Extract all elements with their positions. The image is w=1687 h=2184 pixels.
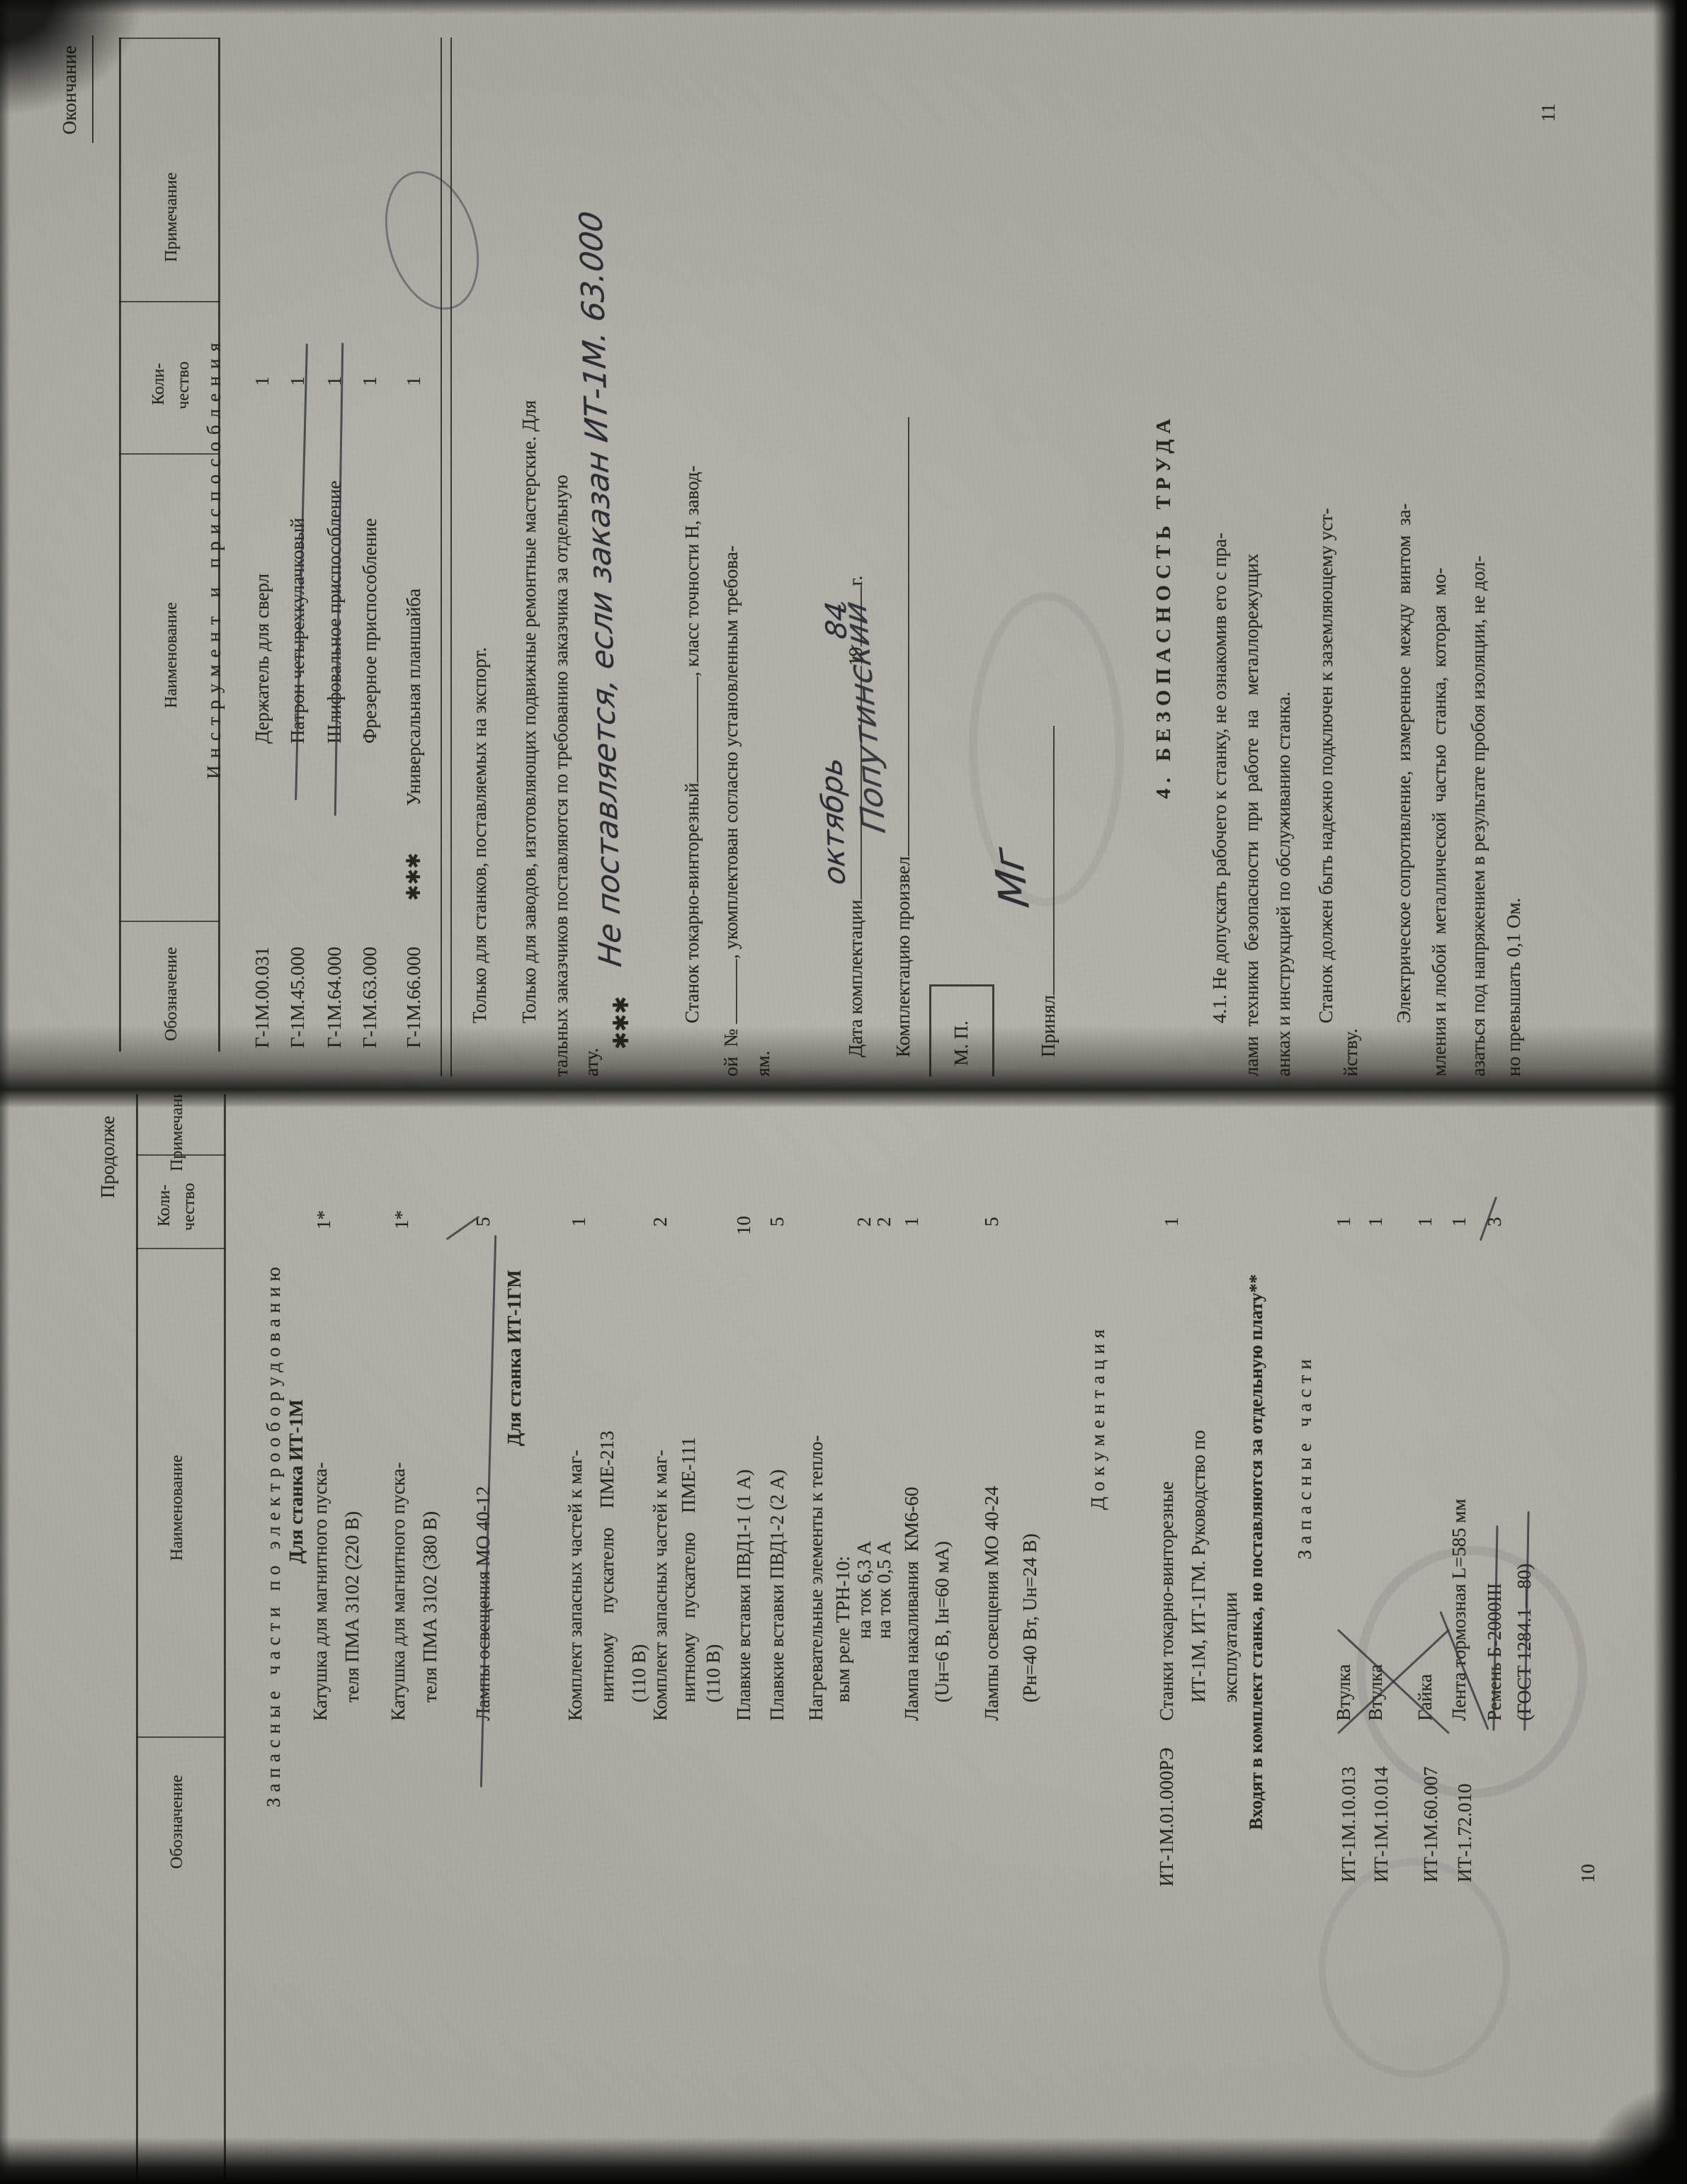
row-qty: 2 (854, 1217, 874, 1227)
stamp-place-label: М. П. (951, 1020, 971, 1066)
safety-paragraph: Электрическое сопротивление, измеренное … (1394, 504, 1414, 1023)
row-name: Фрезерное приспособление (360, 518, 380, 744)
row-name-line: Плавкие вставки ПВД1-1 (1 А) (734, 1469, 754, 1721)
row-designation: ИТ-1М.01.000РЭ (1157, 1748, 1176, 1887)
handwritten-month: октябрь (817, 756, 851, 887)
table-col-divider (136, 1248, 225, 1249)
row-name-line: ИТ-1М, ИТ-1ГМ. Руководство по (1188, 1430, 1208, 1702)
page-11: Окончание Обозначение Наименование Коли-… (0, 0, 1687, 1076)
signature-blank: Попутинский (894, 417, 909, 856)
col-header-designation: Обозначение (163, 947, 181, 1041)
row-qty: 10 (734, 1216, 754, 1235)
row-subitem: на ток 0,5 А (874, 1541, 894, 1639)
row-name: Втулка (1334, 1664, 1353, 1721)
table-end-label: Окончание (59, 45, 79, 135)
doc-heading: Документация (1088, 1324, 1108, 1510)
row-qty: 1 (360, 377, 380, 387)
col-header-qty1: Коли- (150, 363, 168, 405)
row-qty: 1 (569, 1217, 589, 1227)
table-header-rule (224, 1094, 226, 2184)
row-name-line: вым реле ТРН-10: (833, 1556, 853, 1702)
col-header-name: Наименование (163, 602, 181, 708)
row-qty: 1 (1449, 1217, 1469, 1227)
row-designation: Г-1М.64.000 (324, 947, 344, 1048)
col-header-qty2: чество (181, 1183, 198, 1231)
text: Станок токарно-винторезный (681, 783, 703, 1023)
row-qty: 1 (1365, 1217, 1385, 1227)
group-heading-it1m: Для станка ИТ-1М (286, 1399, 306, 1564)
spare-heading: Запасные части (1295, 1353, 1314, 1559)
note-line: ату. (581, 1048, 601, 1076)
table-bottom-rule (441, 38, 442, 1076)
safety-paragraph: но превышать 0,1 Ом. (1504, 898, 1523, 1076)
safety-paragraph: Станок должен быть надежно подключен к з… (1316, 508, 1336, 1023)
completed-by-label: Комплектацию произвел (892, 856, 914, 1057)
row-name-line: Станки токарно-винторезные (1157, 1481, 1176, 1721)
note-line: Только для станков, поставляемых на эксп… (470, 647, 489, 1023)
stamp-ghost-circle (1319, 1858, 1510, 2078)
row-name-line: эксплуатации (1220, 1592, 1240, 1702)
page-number: 10 (1578, 1864, 1598, 1883)
table-section-title: Инструмент и приспособления (204, 336, 224, 779)
table-top-rule (119, 38, 121, 1052)
col-header-qty1: Коли- (156, 1185, 174, 1227)
row-qty: 1 (252, 377, 272, 387)
col-header-name: Наименование (169, 1455, 186, 1561)
stamp-place-box: М. П. (929, 984, 994, 1076)
row-qty: 2 (650, 1217, 670, 1227)
completeness-line-1: Станок токарно-винторезный, класс точнос… (682, 465, 702, 1023)
row-qty: 1 (404, 377, 424, 387)
col-header-note: Примечание (163, 173, 181, 262)
table-col-divider (136, 1736, 225, 1738)
row-designation: ИТ-1М.60.007 (1421, 1767, 1441, 1883)
blank-field (722, 959, 737, 1024)
table-col-divider (119, 921, 220, 922)
col-header-designation: Обозначение (169, 1775, 186, 1869)
group-heading-it1gm: Для станка ИТ-1ГМ (504, 1270, 524, 1446)
row-qty: 5 (982, 1217, 1001, 1227)
handwritten-stars: ✱✱✱ (610, 996, 633, 1050)
accepted-line: ПринялМг (1018, 726, 1079, 1076)
row-name-line: (Pн=40 Вт, Uн=24 В) (1020, 1533, 1040, 1702)
signature-scribble: Мг (987, 845, 1038, 910)
row-name-line: (Uн=6 В, Iн=60 мА) (932, 1541, 952, 1702)
row-designation: ИТ-1.72.010 (1455, 1784, 1475, 1882)
text: , укомплектован согласно установленным т… (720, 545, 742, 959)
row-name-line: Плавкие вставки ПВД1-2 (2 А) (767, 1469, 787, 1721)
row-qty: 2 (874, 1217, 894, 1227)
date-label: Дата комплектации (845, 899, 866, 1057)
row-name-line: (110 В) (703, 1644, 723, 1702)
row-designation: Г-1М.00.031 (252, 947, 272, 1048)
safety-paragraph: анках и инструкцией по обслуживанию стан… (1273, 692, 1293, 1076)
pen-loop-mark (369, 159, 494, 321)
note-line: тальных заказчиков поставляются по требо… (551, 474, 571, 1076)
note-line: Только для заводов, изготовляющих подвиж… (519, 400, 539, 1023)
completeness-line-2: ой № , укомплектован согласно установлен… (721, 545, 741, 1076)
row-name-line: теля ПМА 3102 (380 В) (420, 1511, 440, 1702)
row-name: Шлифовальное приспособление (324, 481, 344, 744)
safety-paragraph: 4.1. Не допускать рабочего к станку, не … (1210, 533, 1229, 1023)
row-name-line: теля ПМА 3102 (220 В) (342, 1511, 362, 1702)
row-name-line: Лампы освещения МО 40-24 (982, 1486, 1001, 1721)
row-name-line: нитному пускателю ПМЕ-111 (678, 1437, 698, 1702)
row-name: Лента тормозная L=585 мм (1449, 1499, 1469, 1721)
page-10: Продолже Обозначение Наименование Коли- … (0, 1094, 1687, 2184)
safety-paragraph: азаться под напряжением в результате про… (1468, 556, 1488, 1076)
row-designation: ИТ-1М.10.014 (1371, 1767, 1391, 1883)
stamp-ghost-circle (1356, 1546, 1587, 1798)
section-heading: Запасные части по электрооборудованию (263, 1261, 283, 1807)
safety-paragraph: йству. (1341, 1028, 1361, 1076)
row-name-line: Катушка для магнитного пуска- (388, 1462, 408, 1721)
row-name-line: (110 В) (629, 1644, 649, 1702)
row-qty: 1* (392, 1210, 411, 1229)
table-top-rule (136, 1094, 138, 2184)
row-name-line: Нагревательные элементы к тепло- (806, 1435, 826, 1721)
table-col-divider (119, 301, 220, 302)
row-qty: 1* (314, 1210, 334, 1229)
accepted-label: Принял (1038, 995, 1059, 1057)
page-number: 11 (1538, 103, 1558, 122)
blank-field (683, 676, 698, 783)
safety-heading: 4. БЕЗОПАСНОСТЬ ТРУДА (1153, 414, 1174, 800)
row-name-line: Комплект запасных частей к маг- (565, 1450, 585, 1721)
row-stars-marker: ✱✱✱ (404, 853, 424, 901)
row-designation: Г-1М.63.000 (360, 947, 380, 1048)
row-qty: 5 (767, 1217, 787, 1227)
handwritten-note: Не поставляется, если заказан ИТ-1М. 63.… (575, 210, 627, 969)
row-designation: ИТ-1М.10.013 (1339, 1767, 1358, 1883)
row-name: Универсальная планшайба (404, 588, 424, 806)
table-continuation-label: Продолже (98, 1116, 118, 1198)
completed-by-line: Комплектацию произвелПопутинский (873, 417, 933, 1076)
safety-paragraph: лами техники безопасности при работе на … (1242, 554, 1261, 1076)
row-qty: 1 (1334, 1217, 1353, 1227)
signature-blank: Мг (1039, 726, 1055, 995)
pen-stroke (446, 1216, 480, 1241)
footnote: Входят в комплект станка, но поставляютс… (1246, 1274, 1266, 1830)
col-header-note: Примечание (169, 1094, 186, 1171)
row-designation: Г-1М.66.000 (404, 947, 424, 1048)
row-subitem: на ток 6,3 А (854, 1541, 874, 1639)
row-name-line: Катушка для магнитного пуска- (310, 1462, 330, 1721)
table-col-divider (119, 38, 220, 39)
text: , класс точности Н, завод- (681, 465, 703, 676)
row-designation: Г-1М.45.000 (288, 947, 307, 1048)
row-qty: 1 (902, 1217, 921, 1227)
row-name-line: Лампа накаливания КМ6-60 (902, 1486, 921, 1721)
row-name: Гайка (1415, 1674, 1435, 1721)
row-name-line: нитному пускателю ПМЕ-213 (597, 1431, 617, 1702)
table-bottom-rule2 (450, 38, 452, 1076)
text: ой № (720, 1024, 742, 1076)
row-qty: 1 (1161, 1217, 1181, 1227)
safety-paragraph: мления и любой металлической частью стан… (1429, 567, 1449, 1076)
completeness-line-3: ям. (753, 1051, 773, 1076)
end-label-underline (92, 35, 93, 143)
row-name-line: Комплект запасных частей к маг- (650, 1450, 670, 1721)
row-name: Держатель для сверл (252, 574, 272, 744)
col-header-qty2: чество (175, 361, 193, 409)
row-qty: 1 (1415, 1217, 1435, 1227)
year-suffix: г. (845, 576, 866, 586)
